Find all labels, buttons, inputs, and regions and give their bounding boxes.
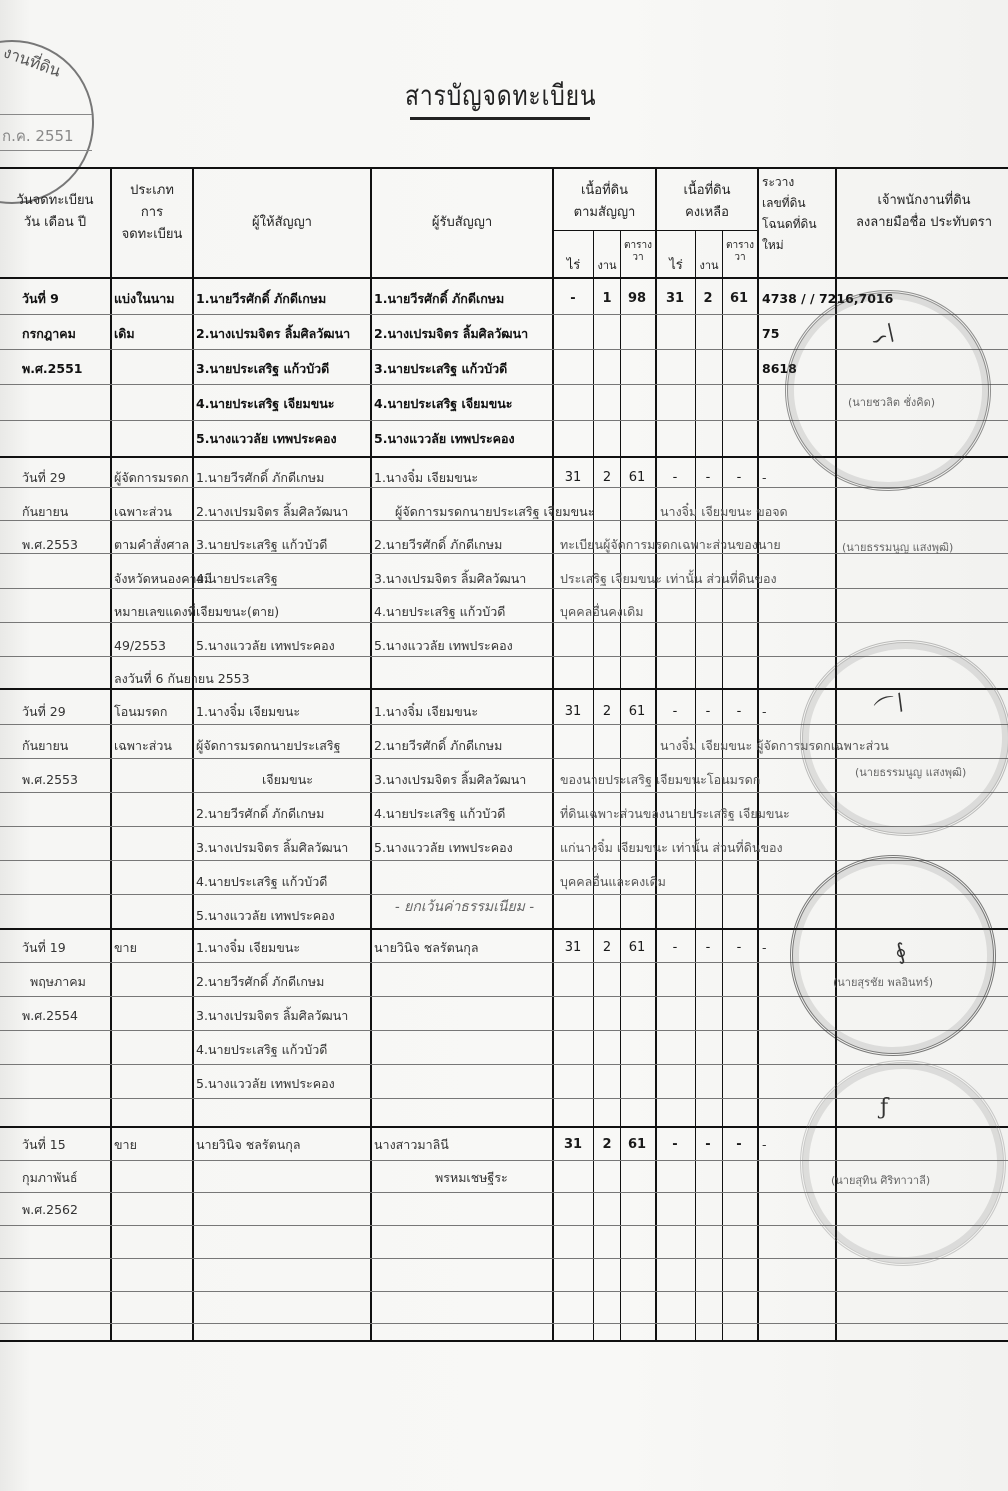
entry-grantee: 4.นายประเสริฐ แก้วบัวดี [374,604,505,620]
entry-note: ทะเบียนผู้จัดการมรดกเฉพาะส่วนของนาย [560,537,781,553]
header-sqwa-remaining: ตาราง วา [723,240,757,264]
new-deed-number: - [762,704,767,720]
entry-type: ขาย [114,940,137,956]
entry-note: บุคคลอื่นและคงเดิม [560,874,666,890]
entry-type: ลงวันที่ 6 กันยายน 2553 [114,671,250,687]
header-date: วันจดทะเบียน วัน เดือน ปี [0,190,110,234]
entry-grantee: 3.นางเปรมจิตร ลิ้มศิลวัฒนา [374,772,526,788]
area-value: 2 [592,470,622,485]
stamp-text: งานที่ดิน [0,41,64,85]
area-value: 61 [622,470,652,485]
area-value: - [693,704,723,719]
official-seal: (นายธรรมนูญ แสงพุฒิ) [800,640,1008,836]
entry-grantor: 5.นางแววลัย เทพประคอง [196,908,335,924]
entry-grantee: 4.นายประเสริฐ แก้วบัวดี [374,806,505,822]
entry-grantor: 1.นายวีรศักดิ์ ภักดีเกษม [196,291,326,307]
entry-date: กันยายน [22,738,68,754]
entry-grantor: 3.นายประเสริฐ แก้วบัวดี [196,537,327,553]
stamp-date: ก.ค. 2551 [2,124,74,148]
entry-grantor: 3.นางเปรมจิตร ลิ้มศิลวัฒนา [196,1008,348,1024]
entry-grantee: 3.นางเปรมจิตร ลิ้มศิลวัฒนา [374,571,526,587]
entry-type: เฉพาะส่วน [114,504,172,520]
area-value: - [724,940,754,955]
entry-date: พ.ศ.2562 [22,1202,78,1218]
entry-type: แบ่งในนาม [114,291,175,307]
entry-grantor: 1.นางจิ๋ม เจียมขนะ [196,940,300,956]
entry-type: โอนมรดก [114,704,167,720]
area-value: - [558,291,588,306]
entry-date: พ.ศ.2553 [22,772,78,788]
entry-type: ผู้จัดการมรดก [114,470,189,486]
area-value: - [724,1137,754,1152]
area-value: - [724,704,754,719]
area-value: - [660,940,690,955]
entry-grantee: 5.นางแววลัย เทพประคอง [374,638,513,654]
entry-date: พ.ศ.2553 [22,537,78,553]
entry-type: หมายเลขแดงที่ [114,604,196,620]
header-area-contract: เนื้อที่ดิน ตามสัญญา [554,180,655,224]
area-value: 2 [592,1137,622,1152]
entry-grantee: 3.นายประเสริฐ แก้วบัวดี [374,361,507,377]
entry-grantor: เจียมขนะ(ตาย) [196,604,279,620]
header-grantee: ผู้รับสัญญา [372,212,552,234]
entry-date: กรกฎาคม [22,326,76,342]
area-value: 31 [558,940,588,955]
entry-grantor: 2.นายวีรศักดิ์ ภักดีเกษม [196,974,324,990]
entry-type: ขาย [114,1137,137,1153]
entry-grantee: 5.นางแววลัย เทพประคอง [374,431,515,447]
area-value: 61 [622,1137,652,1152]
area-value: 2 [693,291,723,306]
entry-type: 49/2553 [114,638,166,654]
header-new-deed: ระวาง เลขที่ดิน โฉนดที่ดิน ใหม่ [762,172,834,256]
entry-grantee: นายวินิจ ชลรัตนกุล [374,940,479,956]
area-value: 61 [622,704,652,719]
entry-grantor: 3.นายประเสริฐ แก้วบัวดี [196,361,329,377]
official-seal: (นายสุรชัย พลอินทร์) [790,855,996,1056]
entry-grantor: 2.นางเปรมจิตร ลิ้มศิลวัฒนา [196,326,350,342]
entry-date: วันที่ 29 [22,470,66,486]
area-value: 61 [724,291,754,306]
entry-grantor: 4.นายประเสริฐ เจียมขนะ [196,396,335,412]
entry-grantor: 4.นายประเสริฐ [196,571,278,587]
area-value: 2 [592,704,622,719]
entry-note: ของนายประเสริฐ เจียมขนะโอนมรดก [560,772,760,788]
new-deed-number: - [762,470,767,486]
entry-grantor: ผู้จัดการมรดกนายประเสริฐ [196,738,340,754]
area-value: - [693,1137,723,1152]
entry-note: แก่นางจิ๋ม เจียมขนะ เท่านั้น ส่วนที่ดินข… [560,840,783,856]
new-deed-number: 75 [762,326,779,342]
document-title: สารบัญจดทะเบียน [405,74,596,118]
entry-date: กันยายน [22,504,68,520]
entry-type: เฉพาะส่วน [114,738,172,754]
entry-grantor: 2.นางเปรมจิตร ลิ้มศิลวัฒนา [196,504,348,520]
stamp-band [0,150,92,151]
entry-grantee: 1.นางจิ๋ม เจียมขนะ [374,704,478,720]
entry-grantee: 1.นายวีรศักดิ์ ภักดีเกษม [374,291,504,307]
new-deed-number: - [762,1137,767,1153]
entry-date: พฤษภาคม [30,974,86,990]
land-office-stamp: งานที่ดิน ก.ค. 2551 [0,40,94,204]
officer-name: (นายธรรมนูญ แสงพุฒิ) [842,538,953,556]
entry-date: พ.ศ.2551 [22,361,82,377]
entry-type: เดิม [114,326,135,342]
entry-grantee: 2.นายวีรศักดิ์ ภักดีเกษม [374,738,502,754]
entry-grantee: ผู้จัดการมรดกนายประเสริฐ เจียมขนะ [395,504,594,520]
area-value: - [660,704,690,719]
entry-grantor: 1.นางจิ๋ม เจียมขนะ [196,704,300,720]
area-value: 31 [558,704,588,719]
entry-grantee: 5.นางแววลัย เทพประคอง [374,840,513,856]
area-value: - [660,470,690,485]
header-ngan-remaining: งาน [696,255,722,277]
entry-grantor: 4.นายประเสริฐ แก้วบัวดี [196,874,327,890]
area-value: 31 [558,470,588,485]
header-area-remaining: เนื้อที่ดิน คงเหลือ [657,180,757,224]
officer-signature: ƒ [880,1095,888,1120]
entry-note: นางจิ๋ม เจียมขนะ ขอจด [660,504,788,520]
entry-type: ตามคำสั่งศาล [114,537,189,553]
entry-date: พ.ศ.2554 [22,1008,78,1024]
entry-grantor: 3.นางเปรมจิตร ลิ้มศิลวัฒนา [196,840,348,856]
entry-grantee: นางสาวมาลินี [374,1137,449,1153]
header-rai: ไร่ [554,255,593,277]
header-officer: เจ้าพนักงานที่ดิน ลงลายมือชื่อ ประทับตรา [838,190,1008,234]
area-value: - [693,940,723,955]
entry-grantee: 1.นางจิ๋ม เจียมขนะ [374,470,478,486]
area-value: - [724,470,754,485]
entry-grantor: 5.นางแววลัย เทพประคอง [196,431,337,447]
area-value: 2 [592,940,622,955]
header-rai-remaining: ไร่ [657,255,695,277]
area-value: - [693,470,723,485]
official-seal: (นายสุทิน ศิริทาวาลี) [800,1060,1006,1266]
entry-date: วันที่ 19 [22,940,66,956]
entry-grantor: 2.นายวีรศักดิ์ ภักดีเกษม [196,806,324,822]
entry-note: ที่ดินเฉพาะส่วนของนายประเสริฐ เจียมขนะ [560,806,790,822]
entry-grantee: 4.นายประเสริฐ เจียมขนะ [374,396,513,412]
entry-grantee: พรหมเชษฐีระ [435,1170,508,1186]
entry-grantee: 2.นายวีรศักดิ์ ภักดีเกษม [374,537,502,553]
header-type: ประเภท การ จดทะเบียน [112,180,192,246]
title-underline [410,117,590,120]
entry-date: วันที่ 29 [22,704,66,720]
area-value: - [660,1137,690,1152]
area-value: 1 [592,291,622,306]
entry-grantor: 5.นางแววลัย เทพประคอง [196,638,335,654]
entry-date: วันที่ 15 [22,1137,66,1153]
entry-note: ประเสริฐ เจียมขนะ เท่านั้น ส่วนที่ดินของ [560,571,777,587]
entry-date: กุมภาพันธ์ [22,1170,77,1186]
header-sqwa: ตาราง วา [621,240,655,264]
area-value: 98 [622,291,652,306]
entry-grantee: 2.นางเปรมจิตร ลิ้มศิลวัฒนา [374,326,528,342]
entry-note: บุคคลอื่นคงเดิม [560,604,643,620]
header-ngan: งาน [594,255,620,277]
area-value: 31 [660,291,690,306]
area-value: 61 [622,940,652,955]
handwritten-note: - ยกเว้นค่าธรรมเนียม - [395,896,534,918]
entry-grantor: 1.นายวีรศักดิ์ ภักดีเกษม [196,470,324,486]
area-value: 31 [558,1137,588,1152]
entry-date: วันที่ 9 [22,291,59,307]
entry-grantor: 4.นายประเสริฐ แก้วบัวดี [196,1042,327,1058]
entry-grantor: นายวินิจ ชลรัตนกุล [196,1137,301,1153]
document-page: งานที่ดิน ก.ค. 2551 สารบัญจดทะเบียน [0,0,1008,1491]
new-deed-number: - [762,940,767,956]
stamp-band [0,114,92,115]
entry-grantor: เจียมขนะ [262,772,313,788]
header-grantor: ผู้ให้สัญญา [194,212,370,234]
entry-grantor: 5.นางแววลัย เทพประคอง [196,1076,335,1092]
